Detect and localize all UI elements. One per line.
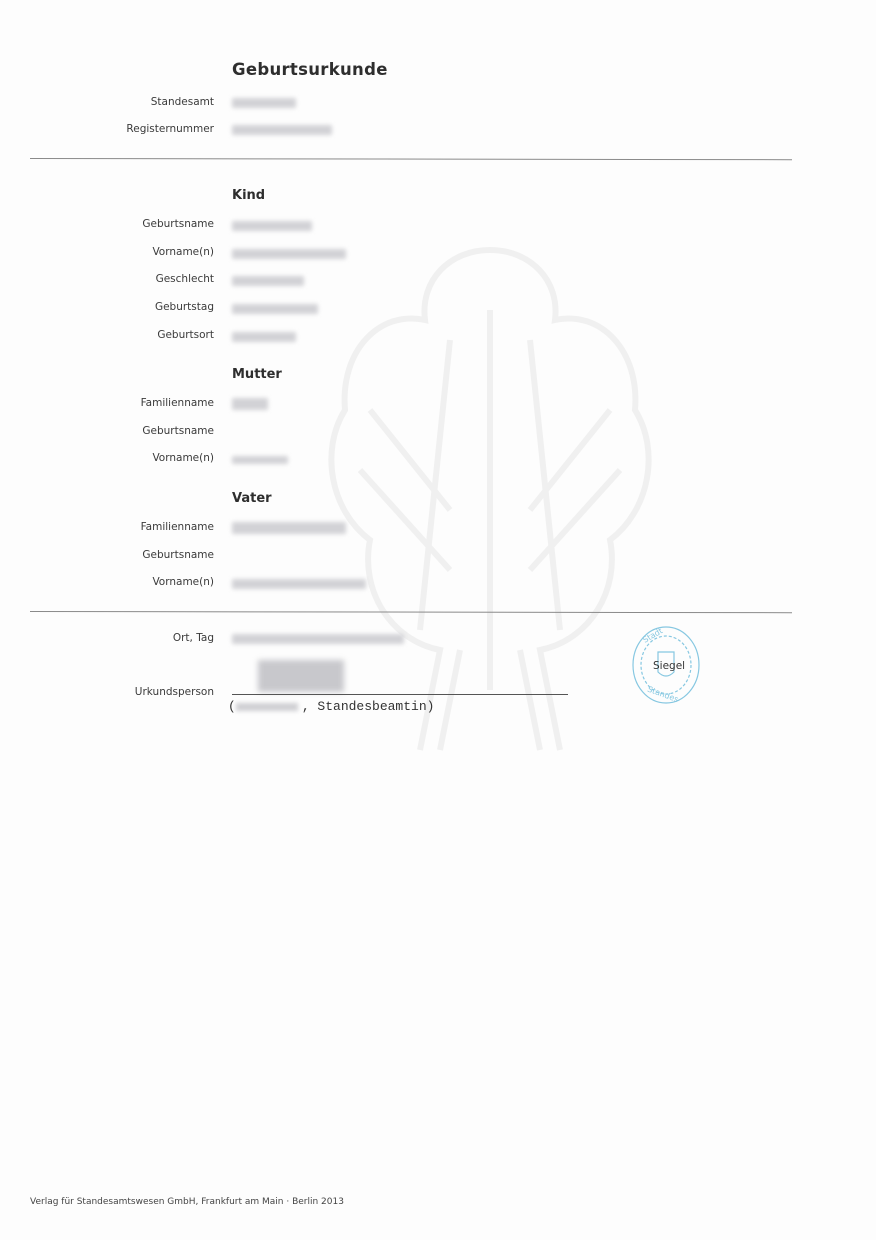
redacted-value-ort-tag [232, 634, 404, 644]
field-label-urkundsperson: Urkundsperson [135, 686, 214, 698]
redacted-signature [258, 660, 344, 692]
redacted-official-name [236, 703, 298, 711]
document-title: Geburtsurkunde [232, 60, 388, 79]
redacted-value-kind-geschlecht [232, 276, 304, 286]
field-label-mutter-vornamen: Vorname(n) [152, 452, 214, 464]
field-label-mutter-familienname: Familienname [141, 397, 214, 409]
redacted-value-registernummer [232, 125, 332, 135]
eagle-watermark-icon [300, 210, 680, 770]
divider-bottom [30, 611, 792, 613]
field-label-ort-tag: Ort, Tag [173, 632, 214, 644]
section-title-mutter: Mutter [232, 367, 282, 382]
redacted-value-standesamt [232, 98, 296, 108]
field-label-kind-geschlecht: Geschlecht [156, 273, 214, 285]
section-title-vater: Vater [232, 491, 272, 506]
field-label-vater-vornamen: Vorname(n) [152, 576, 214, 588]
field-label-standesamt: Standesamt [151, 96, 214, 108]
field-label-kind-geburtsname: Geburtsname [142, 218, 214, 230]
official-role-suffix: , Standesbeamtin) [302, 699, 435, 714]
publisher-footer: Verlag für Standesamtswesen GmbH, Frankf… [30, 1197, 344, 1207]
section-title-kind: Kind [232, 188, 265, 203]
field-label-kind-geburtsort: Geburtsort [157, 329, 214, 341]
seal-label: Siegel [653, 660, 685, 672]
redacted-value-vater-familienname [232, 522, 346, 534]
field-label-vater-geburtsname: Geburtsname [142, 549, 214, 561]
field-label-vater-familienname: Familienname [141, 521, 214, 533]
svg-text:Standes: Standes [646, 685, 679, 705]
redacted-value-mutter-vornamen [232, 456, 288, 464]
field-label-registernummer: Registernummer [126, 123, 214, 135]
field-label-kind-geburtstag: Geburtstag [155, 301, 214, 313]
svg-text:Stadt: Stadt [641, 626, 664, 644]
field-label-kind-vornamen: Vorname(n) [152, 246, 214, 258]
redacted-value-mutter-familienname [232, 398, 268, 410]
redacted-value-kind-geburtsort [232, 332, 296, 342]
redacted-value-kind-geburtstag [232, 304, 318, 314]
divider-top [30, 158, 792, 160]
redacted-value-kind-geburtsname [232, 221, 312, 231]
signature-line [232, 694, 568, 695]
official-role-prefix: ( [228, 699, 236, 714]
redacted-value-vater-vornamen [232, 579, 366, 589]
redacted-value-kind-vornamen [232, 249, 346, 259]
field-label-mutter-geburtsname: Geburtsname [142, 425, 214, 437]
